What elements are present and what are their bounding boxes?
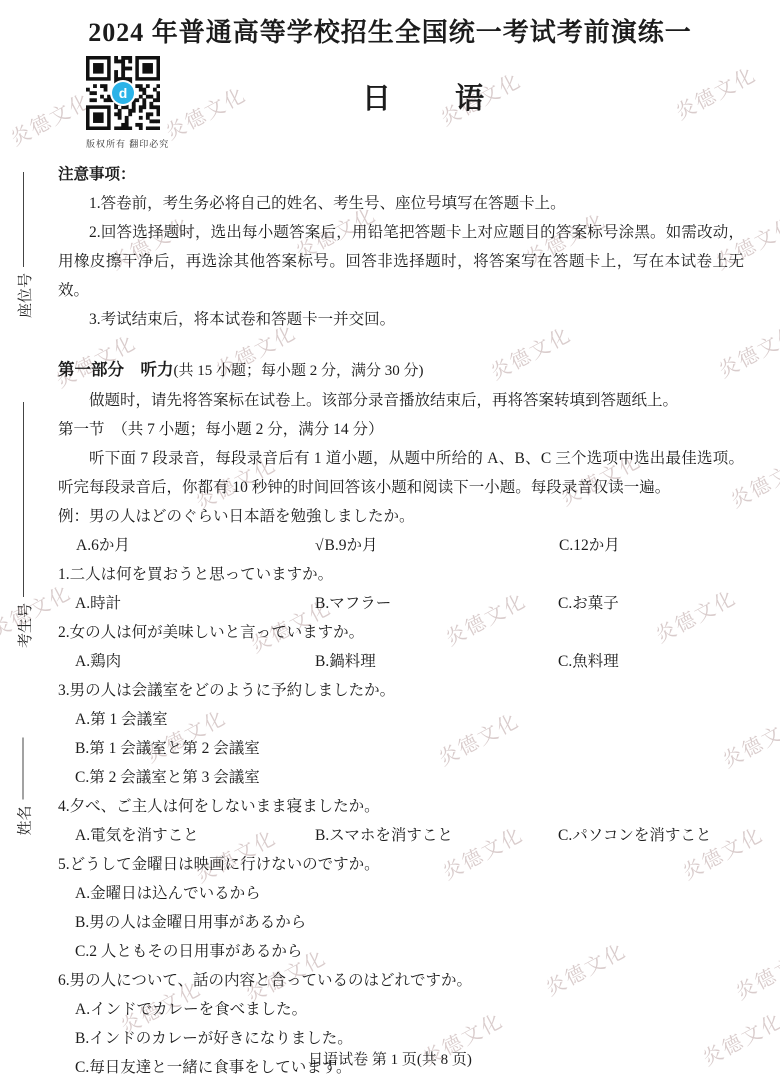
part1-instruction: 做题时，请先将答案标在试卷上。该部分录音播放结束后，再将答案转填到答题纸上。 [58,386,744,415]
name-blank-line [23,737,25,799]
question-number: 2. [58,624,70,641]
option-key: C. [75,769,89,786]
option-text: 鍋料理 [329,653,376,670]
svg-text:d: d [119,85,128,101]
option-c: C.魚料理 [558,647,744,676]
question-number: 4. [58,798,70,815]
option-key: A. [75,653,90,670]
option-text: インドのカレーが好きになりました。 [89,1030,353,1047]
question-text: 男の人は会議室をどのように予約しましたか。 [70,682,396,699]
option-key: B. [75,914,89,931]
question-text: 二人は何を買おうと思っていますか。 [70,566,334,583]
notice-item: 2.回答选择题时，选出每小题答案后，用铅笔把答题卡上对应题目的答案标号涂黑。如需… [58,218,744,305]
option-c: C.パソコンを消すこと [558,821,744,850]
question-2-options: A.鶏肉 B.鍋料理 C.魚料理 [58,647,744,676]
option-key: B. [315,653,329,670]
option-b: B.男の人は金曜日用事があるから [58,908,744,937]
option-text: お菓子 [572,595,619,612]
option-key: A. [75,885,90,902]
question-2: 2.女の人は何が美味しいと言っていますか。 [58,618,744,647]
option-b: B.スマホを消すこと [315,821,558,850]
example-question: 例：男の人はどのぐらい日本語を勉強しましたか。 [58,502,744,531]
seat-number-blank-line [23,172,25,267]
question-number: 1. [58,566,70,583]
candidate-number-blank-line [23,402,25,597]
option-text: 第 1 会議室 [90,711,168,728]
question-1: 1.二人は何を買おうと思っていますか。 [58,560,744,589]
watermark-text: 炎德文化 [159,79,250,146]
qr-code-image: d [86,56,160,130]
seat-number-label: 座位号 [14,273,35,318]
option-key: A. [76,537,91,554]
option-text: 時計 [90,595,121,612]
option-b: B.鍋料理 [315,647,558,676]
option-text: 金曜日は込んでいるから [90,885,261,902]
watermark-text: 炎德文化 [4,85,95,152]
option-a: A.第 1 会議室 [58,705,744,734]
option-key: A. [75,1001,90,1018]
subject-title: 日语 [362,76,548,117]
option-key: B. [315,827,329,844]
qr-code: d 版权所有 翻印必究 [86,56,172,150]
option-text: 魚料理 [572,653,619,670]
exam-page: 炎德文化炎德文化炎德文化炎德文化炎德文化炎德文化炎德文化炎德文化炎德文化炎德文化… [0,0,780,1086]
question-text: どうして金曜日は映画に行けないのですか。 [70,856,380,873]
candidate-number-field: 考生号 [13,398,35,648]
option-text: インドでカレーを食べました。 [90,1001,307,1018]
option-c: C.第 2 会議室と第 3 会議室 [58,763,744,792]
option-c: C.2 人ともその日用事があるから [58,937,744,966]
option-text: 12か月 [573,537,620,554]
option-text: 9か月 [339,537,378,554]
question-1-options: A.時計 B.マフラー C.お菓子 [58,589,744,618]
option-a: A.金曜日は込んでいるから [58,879,744,908]
option-key: C. [75,943,89,960]
option-key: A. [75,827,90,844]
question-number: 5. [58,856,70,873]
option-key: B. [315,595,329,612]
option-text: パソコンを消すこと [572,827,711,844]
question-text: 女の人は何が美味しいと言っていますか。 [70,624,365,641]
name-label: 姓名 [13,805,34,835]
question-number: 3. [58,682,70,699]
option-text: スマホを消すこと [329,827,453,844]
notice-item: 1.答卷前，考生务必将自己的姓名、考生号、座位号填写在答题卡上。 [58,189,744,218]
question-number: 6. [58,972,70,989]
answer-checkmark: √ [315,537,324,554]
option-key: B. [75,1030,89,1047]
exam-content: 注意事项： 1.答卷前，考生务必将自己的姓名、考生号、座位号填写在答题卡上。 2… [58,160,744,1082]
option-key: B. [325,537,339,554]
page-title: 2024 年普通高等学校招生全国统一考试考前演练一 [0,12,780,49]
option-key: A. [75,595,90,612]
question-text: 夕べ、ご主人は何をしないまま寝ましたか。 [70,798,380,815]
section1-instruction: 听下面 7 段录音，每段录音后有 1 道小题，从题中所给的 A、B、C 三个选项… [58,444,744,502]
example-option-c: C.12か月 [558,531,744,560]
question-5: 5.どうして金曜日は映画に行けないのですか。 [58,850,744,879]
question-4-options: A.電気を消すこと B.スマホを消すこと C.パソコンを消すこと [58,821,744,850]
section1-heading: 第一节 （共 7 小题；每小题 2 分，满分 14 分） [58,415,744,444]
option-text: 第 2 会議室と第 3 会議室 [89,769,260,786]
watermark-text: 炎德文化 [669,59,760,126]
option-key: A. [75,711,90,728]
option-key: C. [558,653,572,670]
notice-item: 3.考试结束后，将本试卷和答题卡一并交回。 [58,305,744,334]
option-text: 男の人は金曜日用事があるから [89,914,306,931]
option-b: B.第 1 会議室と第 2 会議室 [58,734,744,763]
option-c: C.お菓子 [558,589,744,618]
question-6: 6.男の人について、話の内容と合っているのはどれですか。 [58,966,744,995]
option-a: A.鶏肉 [75,647,315,676]
option-text: 第 1 会議室と第 2 会議室 [89,740,260,757]
candidate-number-label: 考生号 [14,603,35,648]
option-a: A.時計 [75,589,315,618]
question-4: 4.夕べ、ご主人は何をしないまま寝ましたか。 [58,792,744,821]
qr-caption: 版权所有 翻印必究 [86,137,172,150]
example-option-a: A.6か月 [75,531,315,560]
name-field: 姓名 [13,721,35,836]
seat-number-field: 座位号 [13,168,35,318]
option-key: B. [75,740,89,757]
part1-heading-title: 第一部分 听力 [58,360,174,379]
option-key: C. [558,827,572,844]
page-footer: 日语试卷 第 1 页(共 8 页) [0,1048,780,1069]
notice-heading: 注意事项： [58,160,744,189]
option-key: C. [559,537,573,554]
example-option-b: √B.9か月 [315,531,558,560]
option-a: A.インドでカレーを食べました。 [58,995,744,1024]
part1-heading: 第一部分 听力(共 15 小题；每小题 2 分，满分 30 分) [58,355,744,386]
option-text: 鶏肉 [90,653,121,670]
question-3: 3.男の人は会議室をどのように予約しましたか。 [58,676,744,705]
part1-heading-note: (共 15 小题；每小题 2 分，满分 30 分) [174,363,424,379]
question-text: 男の人について、話の内容と合っているのはどれですか。 [70,972,472,989]
option-key: C. [558,595,572,612]
option-text: マフラー [329,595,391,612]
option-text: 6か月 [91,537,130,554]
option-text: 2 人ともその日用事があるから [89,943,302,960]
option-b: B.マフラー [315,589,558,618]
example-options-row: A.6か月 √B.9か月 C.12か月 [58,531,744,560]
option-a: A.電気を消すこと [75,821,315,850]
option-text: 電気を消すこと [90,827,199,844]
